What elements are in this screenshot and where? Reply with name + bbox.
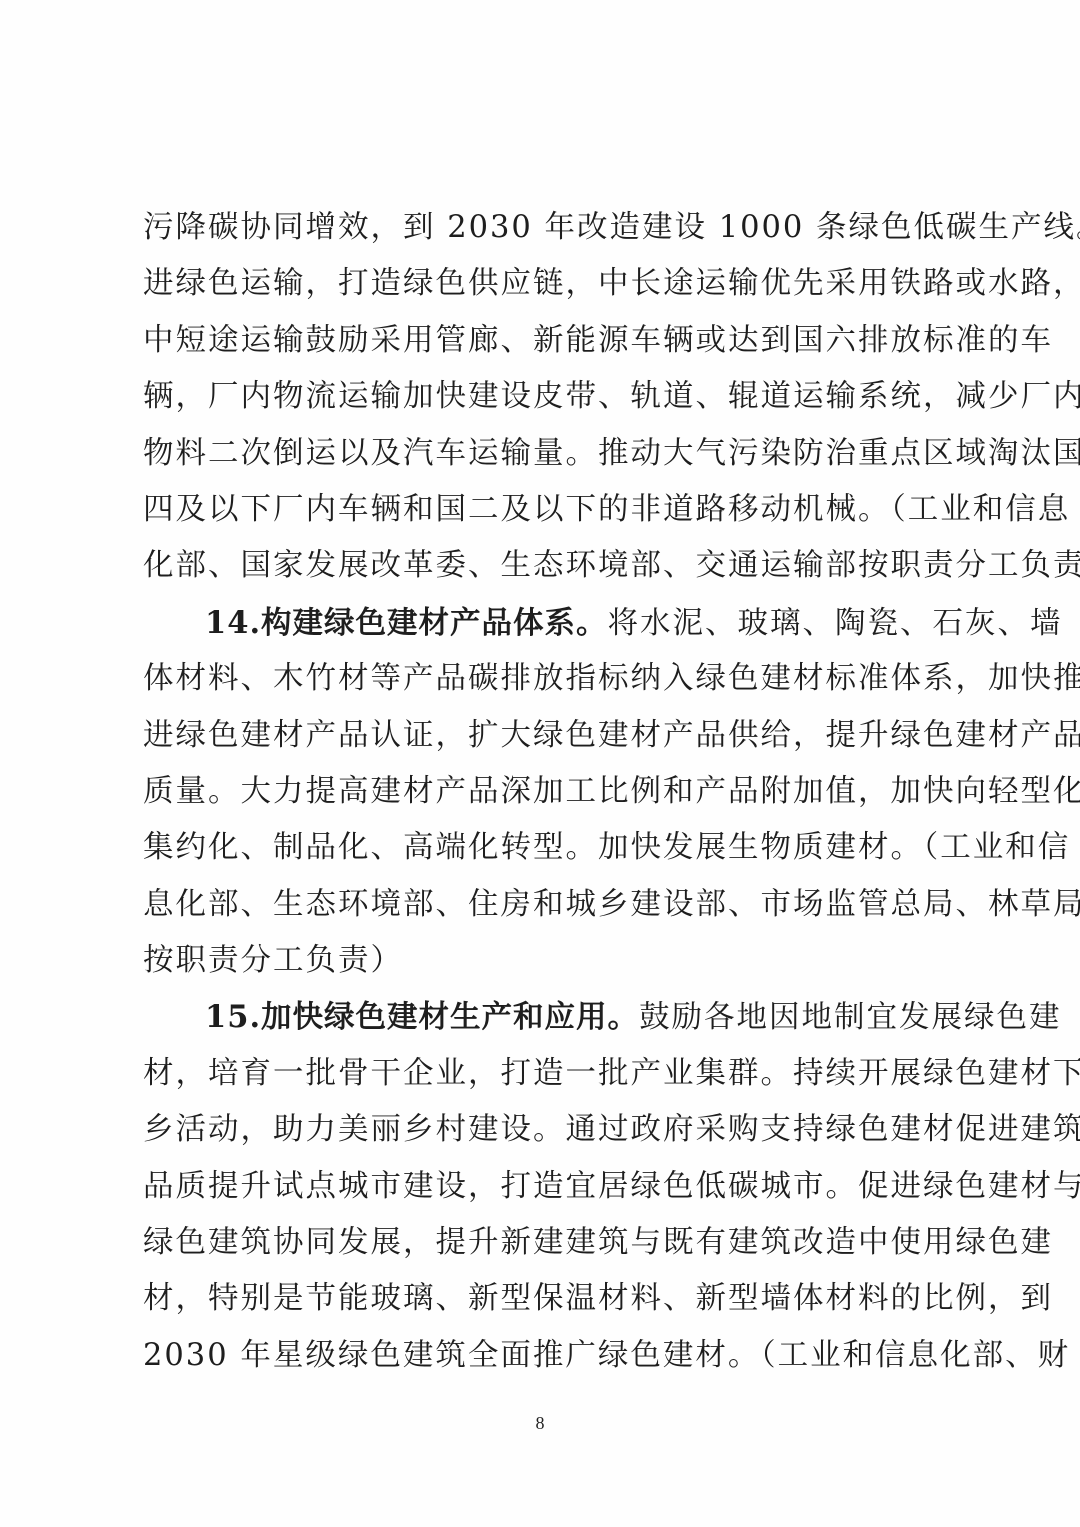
text-line: 化部、国家发展改革委、生态环境部、交通运输部按职责分工负责） xyxy=(143,538,943,594)
page-body: 污降碳协同增效，到 2030 年改造建设 1000 条绿色低碳生产线。推 进绿色… xyxy=(143,200,943,1384)
paragraph-item-15: 15.加快绿色建材生产和应用。鼓励各地因地制宜发展绿色建 材，培育一批骨干企业，… xyxy=(143,989,943,1384)
document-page: 污降碳协同增效，到 2030 年改造建设 1000 条绿色低碳生产线。推 进绿色… xyxy=(0,0,1080,1527)
text-run: 鼓励各地因地制宜发展绿色建 xyxy=(639,1000,1062,1035)
text-line: 2030 年星级绿色建筑全面推广绿色建材。（工业和信息化部、财 xyxy=(143,1328,943,1384)
text-line: 集约化、制品化、高端化转型。加快发展生物质建材。（工业和信 xyxy=(143,820,943,876)
paragraph-continuation: 污降碳协同增效，到 2030 年改造建设 1000 条绿色低碳生产线。推 进绿色… xyxy=(143,200,943,595)
text-line: 四及以下厂内车辆和国二及以下的非道路移动机械。（工业和信息 xyxy=(143,482,943,538)
text-line: 中短途运输鼓励采用管廊、新能源车辆或达到国六排放标准的车 xyxy=(143,313,943,369)
text-line: 乡活动，助力美丽乡村建设。通过政府采购支持绿色建材促进建筑 xyxy=(143,1102,943,1158)
text-line: 辆，厂内物流运输加快建设皮带、轨道、辊道运输系统，减少厂内 xyxy=(143,369,943,425)
text-line: 息化部、生态环境部、住房和城乡建设部、市场监管总局、林草局 xyxy=(143,877,943,933)
text-line: 材，培育一批骨干企业，打造一批产业集群。持续开展绿色建材下 xyxy=(143,1046,943,1102)
text-line: 体材料、木竹材等产品碳排放指标纳入绿色建材标准体系，加快推 xyxy=(143,651,943,707)
text-line: 质量。大力提高建材产品深加工比例和产品附加值，加快向轻型化、 xyxy=(143,764,943,820)
text-run: 将水泥、玻璃、陶瓷、石灰、墙 xyxy=(608,606,1063,641)
item-heading: 14.构建绿色建材产品体系。 xyxy=(205,605,608,641)
text-line: 按职责分工负责） xyxy=(143,933,943,989)
item-heading: 15.加快绿色建材生产和应用。 xyxy=(205,999,639,1035)
text-line: 材，特别是节能玻璃、新型保温材料、新型墙体材料的比例，到 xyxy=(143,1271,943,1327)
page-number: 8 xyxy=(0,1413,1080,1434)
text-line: 污降碳协同增效，到 2030 年改造建设 1000 条绿色低碳生产线。推 xyxy=(143,200,943,256)
text-line: 进绿色运输，打造绿色供应链，中长途运输优先采用铁路或水路， xyxy=(143,256,943,312)
text-line: 14.构建绿色建材产品体系。将水泥、玻璃、陶瓷、石灰、墙 xyxy=(143,595,943,651)
text-line: 进绿色建材产品认证，扩大绿色建材产品供给，提升绿色建材产品 xyxy=(143,708,943,764)
text-line: 绿色建筑协同发展，提升新建建筑与既有建筑改造中使用绿色建 xyxy=(143,1215,943,1271)
text-line: 品质提升试点城市建设，打造宜居绿色低碳城市。促进绿色建材与 xyxy=(143,1159,943,1215)
text-line: 15.加快绿色建材生产和应用。鼓励各地因地制宜发展绿色建 xyxy=(143,989,943,1045)
paragraph-item-14: 14.构建绿色建材产品体系。将水泥、玻璃、陶瓷、石灰、墙 体材料、木竹材等产品碳… xyxy=(143,595,943,990)
text-line: 物料二次倒运以及汽车运输量。推动大气污染防治重点区域淘汰国 xyxy=(143,426,943,482)
